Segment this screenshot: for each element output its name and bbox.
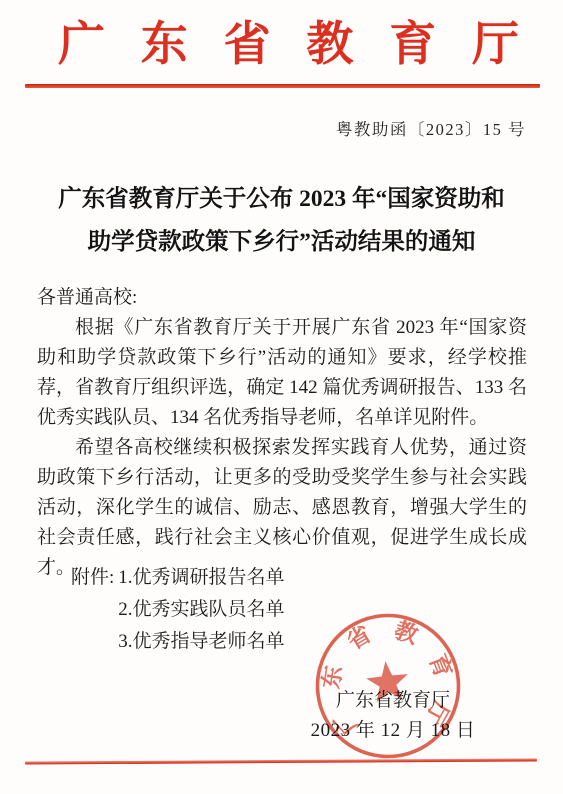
attachments-block: 附件: 1.优秀调研报告名单 2.优秀实践队员名单 3.优秀指导老师名单 <box>71 562 285 658</box>
letterhead-char: 东 <box>141 20 188 72</box>
attachments-list: 1.优秀调研报告名单 2.优秀实践队员名单 3.优秀指导老师名单 <box>118 562 284 658</box>
attachment-item: 3.优秀指导老师名单 <box>118 626 284 658</box>
body-paragraph: 希望各高校继续积极探索发挥实践育人优势，通过资助政策下乡行活动，让更多的受助受奖… <box>37 433 527 583</box>
signature-date: 2023 年 12 月 18 日 <box>295 716 491 746</box>
attachment-item: 1.优秀调研报告名单 <box>118 562 284 594</box>
letterhead-agency-name: 广 东 省 教 育 厅 <box>58 20 519 72</box>
seal-arc-char: 教 <box>391 617 422 648</box>
letterhead-char: 教 <box>306 20 353 72</box>
letterhead-divider-line <box>25 84 540 88</box>
salutation: 各普通高校: <box>37 283 527 313</box>
signature-agency: 广东省教育厅 <box>295 686 491 716</box>
signature-block: 广东省教育厅 2023 年 12 月 18 日 <box>295 686 491 746</box>
document-title-line: 助学贷款政策下乡行”活动结果的通知 <box>30 221 533 264</box>
seal-arc-char: 育 <box>424 650 457 681</box>
letterhead-char: 广 <box>58 20 105 72</box>
seal-arc-char: 省 <box>343 621 376 654</box>
letterhead-char: 省 <box>224 20 271 72</box>
attachments-label: 附件: <box>71 562 114 658</box>
letterhead-char: 厅 <box>472 20 519 72</box>
document-number: 粤教助函〔2023〕15 号 <box>336 116 526 140</box>
attachment-item: 2.优秀实践队员名单 <box>118 594 284 626</box>
document-title: 广东省教育厅关于公布 2023 年“国家资助和 助学贷款政策下乡行”活动结果的通… <box>30 178 533 264</box>
footer-divider-line <box>25 758 537 764</box>
letterhead-char: 育 <box>389 20 436 72</box>
body-paragraph: 根据《广东省教育厅关于开展广东省 2023 年“国家资助和助学贷款政策下乡行”活… <box>37 313 527 433</box>
document-title-line: 广东省教育厅关于公布 2023 年“国家资助和 <box>30 178 533 221</box>
document-page: 广 东 省 教 育 厅 粤教助函〔2023〕15 号 广东省教育厅关于公布 20… <box>0 0 563 794</box>
document-body: 各普通高校: 根据《广东省教育厅关于开展广东省 2023 年“国家资助和助学贷款… <box>37 283 527 583</box>
